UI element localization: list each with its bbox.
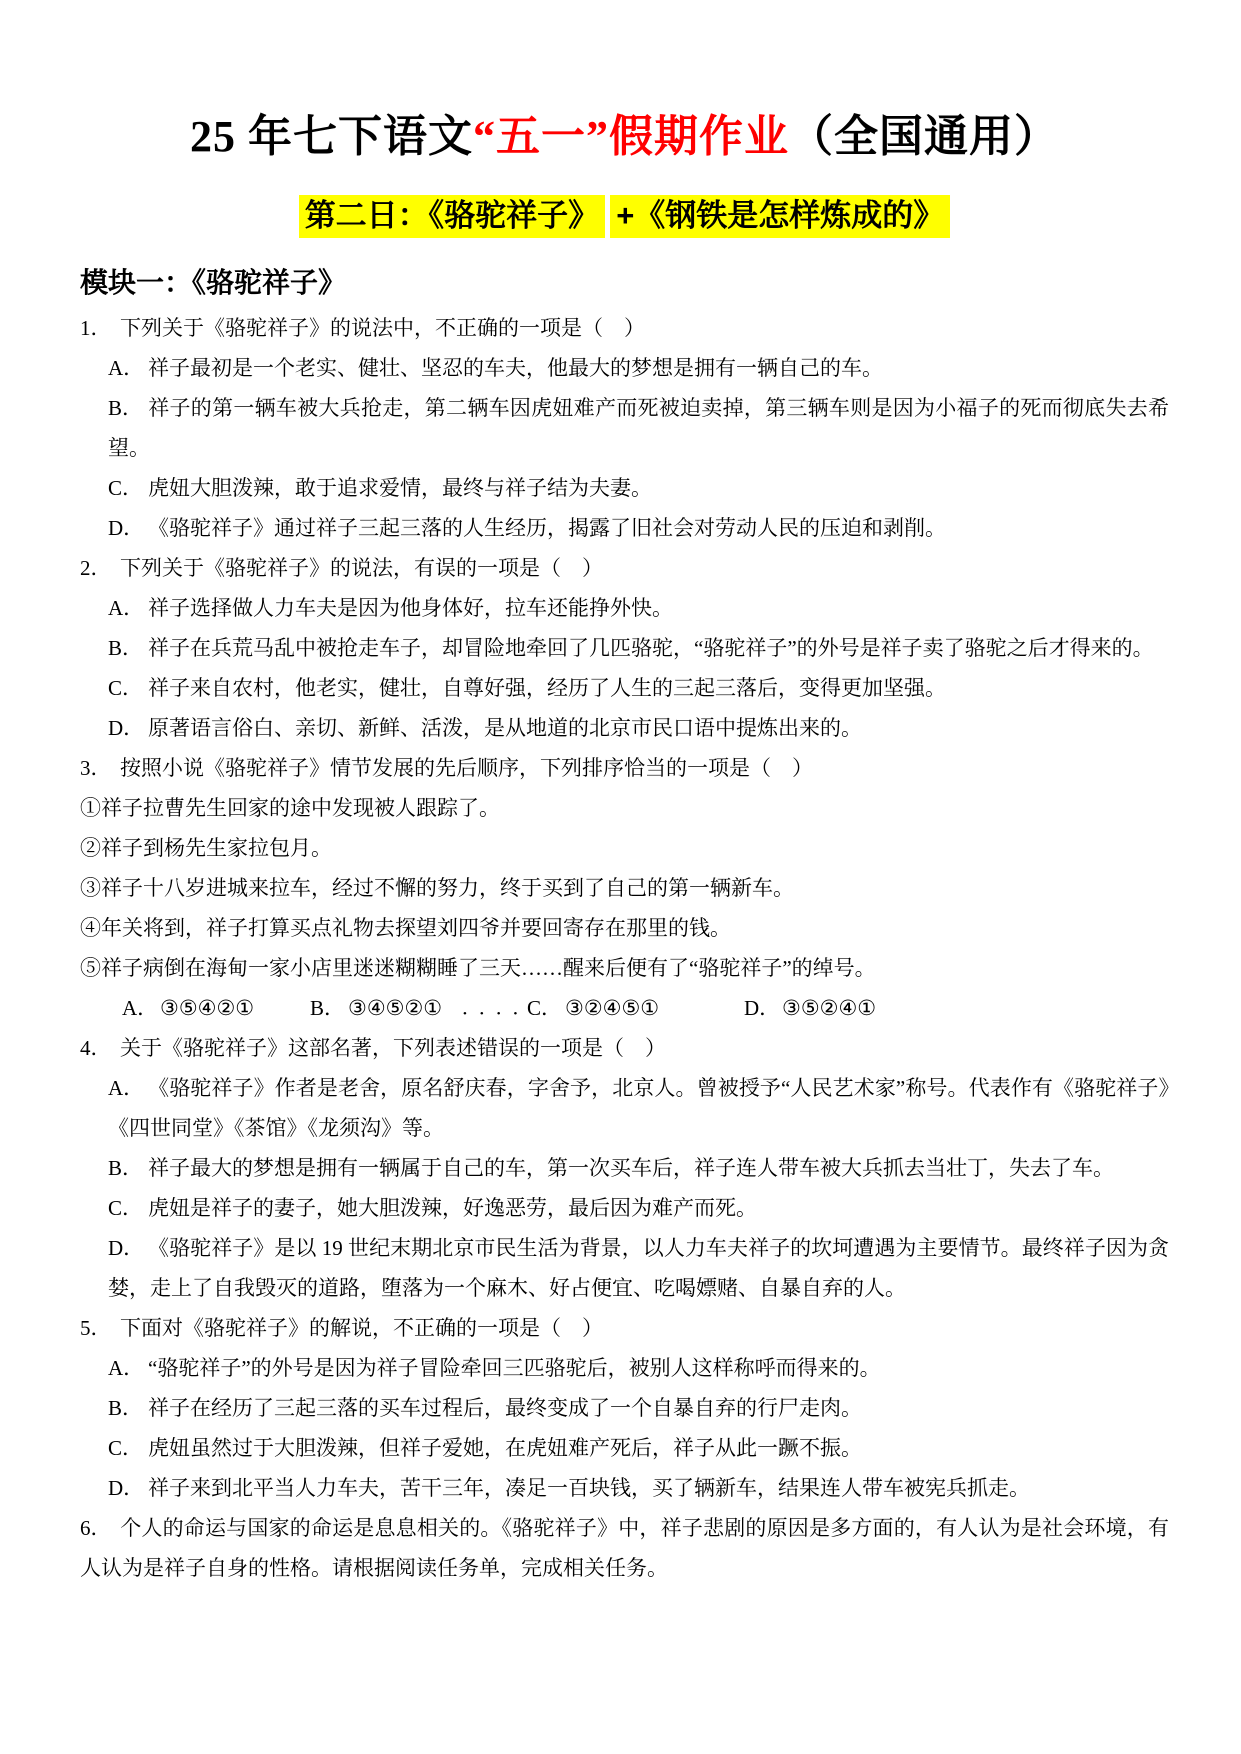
question-number: 2． bbox=[80, 548, 120, 588]
option-text: 祥子最初是一个老实、健壮、坚忍的车夫，他最大的梦想是拥有一辆自己的车。 bbox=[148, 356, 883, 380]
option-row-b: B．祥子在经历了三起三落的买车过程后，最终变成了一个自暴自弃的行尸走肉。 bbox=[80, 1388, 1169, 1428]
option-label: C． bbox=[108, 1428, 148, 1468]
option-label: D． bbox=[108, 708, 148, 748]
option-row-c: C．祥子来自农村，他老实，健壮，自尊好强，经历了人生的三起三落后，变得更加坚强。 bbox=[80, 668, 1169, 708]
option-label: B． bbox=[108, 1148, 148, 1188]
option-row-c: C．虎妞是祥子的妻子，她大胆泼辣，好逸恶劳，最后因为难产而死。 bbox=[80, 1188, 1169, 1228]
option-label: B． bbox=[108, 628, 148, 668]
choice-label: B． bbox=[310, 988, 348, 1028]
option-row-d: D．原著语言俗白、亲切、新鲜、活泼，是从地道的北京市民口语中提炼出来的。 bbox=[80, 708, 1169, 748]
option-label: A． bbox=[108, 1348, 148, 1388]
question-3: 3．按照小说《骆驼祥子》情节发展的先后顺序，下列排序恰当的一项是（ ） ①祥子拉… bbox=[80, 748, 1169, 1028]
option-row-a: A．《骆驼祥子》作者是老舍，原名舒庆春，字舍予，北京人。曾被授予“人民艺术家”称… bbox=[80, 1068, 1169, 1148]
title-prefix: 25 年七下语文 bbox=[190, 112, 473, 161]
question-stem: 3．按照小说《骆驼祥子》情节发展的先后顺序，下列排序恰当的一项是（ ） bbox=[80, 748, 1169, 788]
option-text: 《骆驼祥子》通过祥子三起三落的人生经历，揭露了旧社会对劳动人民的压迫和剥削。 bbox=[148, 516, 946, 540]
worksheet-page: 25 年七下语文“五一”假期作业（全国通用） 第二日：《骆驼祥子》+《钢铁是怎样… bbox=[0, 0, 1241, 1754]
question-5: 5．下面对《骆驼祥子》的解说，不正确的一项是（ ） A．“骆驼祥子”的外号是因为… bbox=[80, 1308, 1169, 1508]
option-text: “骆驼祥子”的外号是因为祥子冒险牵回三匹骆驼后，被别人这样称呼而得来的。 bbox=[148, 1356, 881, 1380]
option-row-a: A．祥子最初是一个老实、健壮、坚忍的车夫，他最大的梦想是拥有一辆自己的车。 bbox=[80, 348, 1169, 388]
option-text: 虎妞虽然过于大胆泼辣，但祥子爱她，在虎妞难产死后，祥子从此一蹶不振。 bbox=[148, 1436, 862, 1460]
option-label: D． bbox=[108, 1228, 148, 1268]
option-row-d: D．《骆驼祥子》是以 19 世纪末期北京市民生活为背景，以人力车夫祥子的坎坷遭遇… bbox=[80, 1228, 1169, 1308]
emphasis-dots: •••• bbox=[463, 1009, 530, 1020]
option-text: 原著语言俗白、亲切、新鲜、活泼，是从地道的北京市民口语中提炼出来的。 bbox=[148, 716, 862, 740]
option-label: D． bbox=[108, 508, 148, 548]
option-label: A． bbox=[108, 348, 148, 388]
option-label: C． bbox=[108, 668, 148, 708]
question-stem-text: 个人的命运与国家的命运是息息相关的。《骆驼祥子》中，祥子悲剧的原因是多方面的，有… bbox=[80, 1516, 1169, 1580]
question-6: 6．个人的命运与国家的命运是息息相关的。《骆驼祥子》中，祥子悲剧的原因是多方面的… bbox=[80, 1508, 1169, 1588]
sequence-item-2: ②祥子到杨先生家拉包月。 bbox=[80, 828, 1169, 868]
page-title: 25 年七下语文“五一”假期作业（全国通用） bbox=[80, 112, 1169, 162]
choice-text: ③④⑤②① bbox=[348, 996, 442, 1020]
question-number: 1． bbox=[80, 308, 120, 348]
question-number: 6． bbox=[80, 1508, 120, 1548]
choice-c: C．③②④⑤① bbox=[527, 988, 744, 1028]
choice-label: C． bbox=[527, 988, 565, 1028]
option-row-d: D．祥子来到北平当人力车夫，苦干三年，凑足一百块钱，买了辆新车，结果连人带车被宪… bbox=[80, 1468, 1169, 1508]
question-stem-text: 关于《骆驼祥子》这部名著，下列表述错误的一项是（ ） bbox=[120, 1036, 666, 1060]
option-row-d: D．《骆驼祥子》通过祥子三起三落的人生经历，揭露了旧社会对劳动人民的压迫和剥削。 bbox=[80, 508, 1169, 548]
option-row-b: B．祥子的第一辆车被大兵抢走，第二辆车因虎妞难产而死被迫卖掉，第三辆车则是因为小… bbox=[80, 388, 1169, 468]
option-row-a: A．祥子选择做人力车夫是因为他身体好，拉车还能挣外快。 bbox=[80, 588, 1169, 628]
question-stem-text: 下列关于《骆驼祥子》的说法中，不正确的一项是（ ） bbox=[120, 316, 645, 340]
choice-label: A． bbox=[122, 988, 160, 1028]
question-stem-text: 下列关于《骆驼祥子》的说法，有误的一项是（ ） bbox=[120, 556, 603, 580]
option-label: D． bbox=[108, 1468, 148, 1508]
option-text: 《骆驼祥子》是以 19 世纪末期北京市民生活为背景，以人力车夫祥子的坎坷遭遇为主… bbox=[108, 1236, 1169, 1300]
section-heading: 模块一：《骆驼祥子》 bbox=[80, 266, 1169, 300]
title-red-text: “五一”假期作业 bbox=[473, 112, 789, 161]
choice-label: D． bbox=[744, 988, 782, 1028]
option-text: 祥子在经历了三起三落的买车过程后，最终变成了一个自暴自弃的行尸走肉。 bbox=[148, 1396, 862, 1420]
sequence-item-1: ①祥子拉曹先生回家的途中发现被人跟踪了。 bbox=[80, 788, 1169, 828]
sequence-item-3: ③祥子十八岁进城来拉车，经过不懈的努力，终于买到了自己的第一辆新车。 bbox=[80, 868, 1169, 908]
title-suffix: （全国通用） bbox=[789, 112, 1059, 161]
option-label: C． bbox=[108, 1188, 148, 1228]
question-number: 4． bbox=[80, 1028, 120, 1068]
subtitle-highlight-2: +《钢铁是怎样炼成的》 bbox=[610, 195, 950, 238]
option-text: 虎妞大胆泼辣，敢于追求爱情，最终与祥子结为夫妻。 bbox=[148, 476, 652, 500]
sequence-item-5: ⑤祥子病倒在海甸一家小店里迷迷糊糊睡了三天……醒来后便有了“骆驼祥子”的绰号。 bbox=[80, 948, 1169, 988]
question-stem: 2．下列关于《骆驼祥子》的说法，有误的一项是（ ） bbox=[80, 548, 1169, 588]
choice-text: ③⑤④②① bbox=[160, 996, 254, 1020]
option-label: C． bbox=[108, 468, 148, 508]
choice-text: ③⑤②④① bbox=[782, 996, 876, 1020]
option-label: A． bbox=[108, 588, 148, 628]
question-stem: 5．下面对《骆驼祥子》的解说，不正确的一项是（ ） bbox=[80, 1308, 1169, 1348]
option-row-b: B．祥子在兵荒马乱中被抢走车子，却冒险地牵回了几匹骆驼，“骆驼祥子”的外号是祥子… bbox=[80, 628, 1169, 668]
choice-row: A．③⑤④②①B．③④⑤②①C．③②④⑤①D．③⑤②④① bbox=[80, 988, 1169, 1028]
choice-d: D．③⑤②④① bbox=[744, 988, 876, 1028]
question-2: 2．下列关于《骆驼祥子》的说法，有误的一项是（ ） A．祥子选择做人力车夫是因为… bbox=[80, 548, 1169, 748]
choice-text: ③②④⑤① bbox=[565, 996, 659, 1020]
option-text: 祥子来自农村，他老实，健壮，自尊好强，经历了人生的三起三落后，变得更加坚强。 bbox=[148, 676, 946, 700]
option-text: 祥子来到北平当人力车夫，苦干三年，凑足一百块钱，买了辆新车，结果连人带车被宪兵抓… bbox=[148, 1476, 1030, 1500]
question-stem: 6．个人的命运与国家的命运是息息相关的。《骆驼祥子》中，祥子悲剧的原因是多方面的… bbox=[80, 1508, 1169, 1588]
option-text: 祥子最大的梦想是拥有一辆属于自己的车，第一次买车后，祥子连人带车被大兵抓去当壮丁… bbox=[148, 1156, 1114, 1180]
subtitle-highlight-1: 第二日：《骆驼祥子》 bbox=[299, 195, 606, 238]
option-row-b: B．祥子最大的梦想是拥有一辆属于自己的车，第一次买车后，祥子连人带车被大兵抓去当… bbox=[80, 1148, 1169, 1188]
question-stem-text: 按照小说《骆驼祥子》情节发展的先后顺序，下列排序恰当的一项是（ ） bbox=[120, 756, 813, 780]
question-stem: 1．下列关于《骆驼祥子》的说法中，不正确的一项是（ ） bbox=[80, 308, 1169, 348]
option-text: 祥子选择做人力车夫是因为他身体好，拉车还能挣外快。 bbox=[148, 596, 673, 620]
page-subtitle: 第二日：《骆驼祥子》+《钢铁是怎样炼成的》 bbox=[80, 194, 1169, 238]
option-text: 虎妞是祥子的妻子，她大胆泼辣，好逸恶劳，最后因为难产而死。 bbox=[148, 1196, 757, 1220]
question-4: ••••4．关于《骆驼祥子》这部名著，下列表述错误的一项是（ ） A．《骆驼祥子… bbox=[80, 1028, 1169, 1308]
option-label: B． bbox=[108, 388, 148, 428]
question-stem-text: 下面对《骆驼祥子》的解说，不正确的一项是（ ） bbox=[120, 1316, 603, 1340]
option-row-c: C．虎妞大胆泼辣，敢于追求爱情，最终与祥子结为夫妻。 bbox=[80, 468, 1169, 508]
question-stem: ••••4．关于《骆驼祥子》这部名著，下列表述错误的一项是（ ） bbox=[80, 1028, 1169, 1068]
option-label: B． bbox=[108, 1388, 148, 1428]
option-label: A． bbox=[108, 1068, 148, 1108]
option-row-a: A．“骆驼祥子”的外号是因为祥子冒险牵回三匹骆驼后，被别人这样称呼而得来的。 bbox=[80, 1348, 1169, 1388]
option-text: 祥子的第一辆车被大兵抢走，第二辆车因虎妞难产而死被迫卖掉，第三辆车则是因为小福子… bbox=[108, 396, 1169, 460]
question-number: 3． bbox=[80, 748, 120, 788]
question-number: 5． bbox=[80, 1308, 120, 1348]
question-body: 1．下列关于《骆驼祥子》的说法中，不正确的一项是（ ） A．祥子最初是一个老实、… bbox=[80, 308, 1169, 1588]
option-text: 《骆驼祥子》作者是老舍，原名舒庆春，字舍予，北京人。曾被授予“人民艺术家”称号。… bbox=[108, 1076, 1169, 1140]
option-row-c: C．虎妞虽然过于大胆泼辣，但祥子爱她，在虎妞难产死后，祥子从此一蹶不振。 bbox=[80, 1428, 1169, 1468]
choice-a: A．③⑤④②① bbox=[122, 988, 310, 1028]
option-text: 祥子在兵荒马乱中被抢走车子，却冒险地牵回了几匹骆驼，“骆驼祥子”的外号是祥子卖了… bbox=[148, 636, 1154, 660]
question-1: 1．下列关于《骆驼祥子》的说法中，不正确的一项是（ ） A．祥子最初是一个老实、… bbox=[80, 308, 1169, 548]
sequence-item-4: ④年关将到，祥子打算买点礼物去探望刘四爷并要回寄存在那里的钱。 bbox=[80, 908, 1169, 948]
